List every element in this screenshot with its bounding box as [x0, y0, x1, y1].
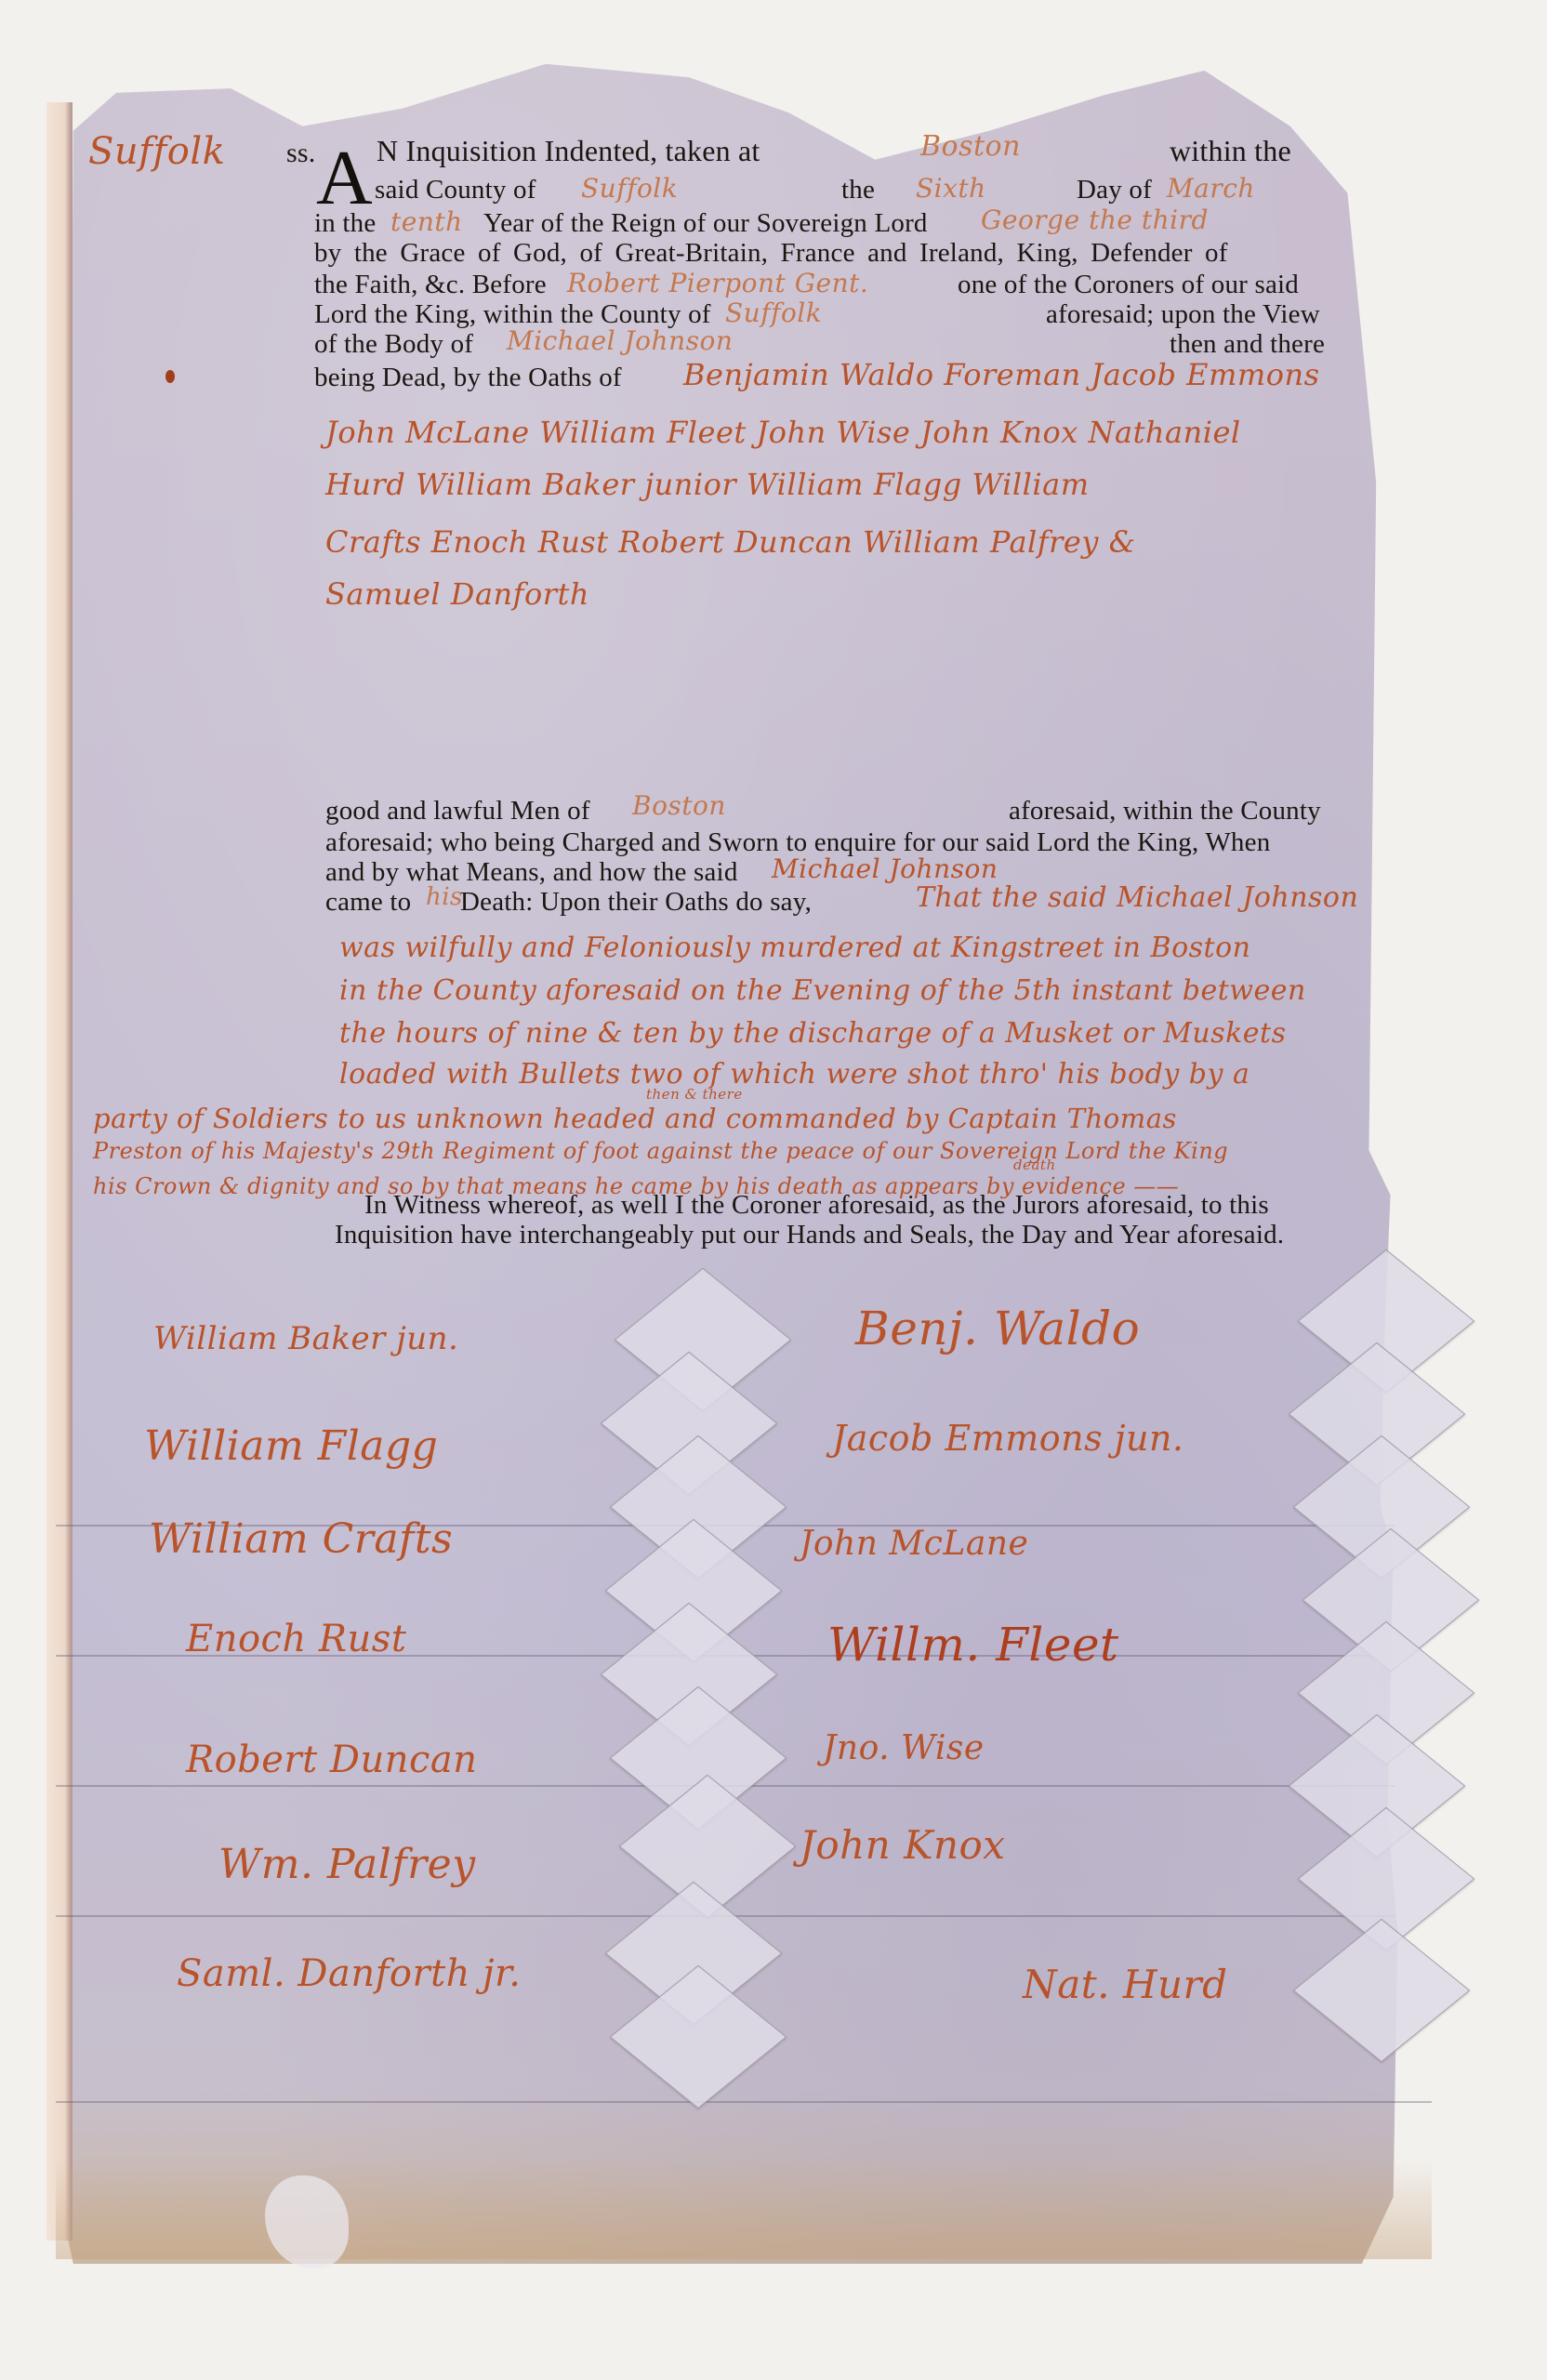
- verdict-interlineation-2: death: [1013, 1157, 1056, 1173]
- verdict-interlineation-1: then & there: [646, 1086, 743, 1103]
- ss-mark: ss.: [286, 139, 315, 166]
- line-5a: the Faith, &c. Before: [314, 271, 547, 298]
- signature-left-6: Wm. Palfrey: [218, 1841, 476, 1888]
- filled-month: March: [1167, 173, 1255, 204]
- witness-line-2: Inquisition have interchangeably put our…: [335, 1222, 1284, 1249]
- line-7a: of the Body of: [314, 331, 473, 358]
- signature-left-5: Robert Duncan: [186, 1739, 478, 1781]
- section2-deceased: Michael Johnson: [772, 853, 998, 884]
- section2-line-3: and by what Means, and how the said: [325, 859, 738, 886]
- signature-right-5: Jno. Wise: [823, 1729, 985, 1767]
- section2-line-2: aforesaid; who being Charged and Sworn t…: [325, 829, 1270, 856]
- filled-county-2: Suffolk: [725, 297, 822, 328]
- line-8: being Dead, by the Oaths of: [314, 364, 622, 391]
- signature-right-3: John McLane: [800, 1525, 1028, 1563]
- verdict-line-6: party of Soldiers to us unknown headed a…: [93, 1103, 1177, 1134]
- line-1a: N Inquisition Indented, taken at: [377, 138, 760, 165]
- drop-cap: A: [316, 139, 373, 218]
- line-2a: said County of: [375, 177, 536, 204]
- signature-right-7: Nat. Hurd: [1023, 1962, 1228, 2007]
- section2-line-4a: came to: [325, 889, 411, 916]
- jurors-line-1: Benjamin Waldo Foreman Jacob Emmons: [683, 357, 1320, 392]
- signature-right-4: Willm. Fleet: [827, 1618, 1119, 1672]
- signature-right-2: Jacob Emmons jun.: [832, 1418, 1184, 1459]
- filled-year: tenth: [390, 206, 463, 237]
- line-3b: Year of the Reign of our Sovereign Lord: [483, 210, 928, 237]
- signature-left-7: Saml. Danforth jr.: [177, 1952, 521, 1995]
- verdict-line-7: Preston of his Majesty's 29th Regiment o…: [93, 1138, 1228, 1164]
- section2-pronoun: his: [426, 883, 463, 911]
- line-5b: one of the Coroners of our said: [958, 271, 1299, 298]
- filled-day: Sixth: [916, 173, 986, 204]
- signature-left-4: Enoch Rust: [186, 1618, 406, 1660]
- line-7b: then and there: [1170, 331, 1325, 358]
- line-3a: in the: [314, 210, 376, 237]
- section2-town: Boston: [632, 790, 726, 821]
- signature-left-3: William Crafts: [149, 1515, 453, 1563]
- verdict-line-2: was wilfully and Feloniously murdered at…: [339, 932, 1250, 964]
- jurors-line-5: Samuel Danforth: [325, 576, 589, 612]
- jurors-line-4: Crafts Enoch Rust Robert Duncan William …: [325, 524, 1136, 560]
- verdict-line-4: the hours of nine & ten by the discharge…: [339, 1017, 1287, 1050]
- line-1b: within the: [1170, 138, 1291, 165]
- section2-line-1a: good and lawful Men of: [325, 798, 590, 825]
- witness-line-1: In Witness whereof, as well I the Corone…: [364, 1192, 1269, 1219]
- line-2b: the: [841, 177, 875, 204]
- binding-strip: [46, 102, 73, 2241]
- ink-blot: [165, 370, 175, 383]
- filled-coroner: Robert Pierpont Gent.: [567, 268, 868, 298]
- signature-right-6: John Knox: [800, 1822, 1005, 1868]
- line-6b: aforesaid; upon the View: [1046, 301, 1320, 328]
- line-6a: Lord the King, within the County of: [314, 301, 711, 328]
- filled-county: Suffolk: [581, 173, 678, 204]
- verdict-line-3: in the County aforesaid on the Evening o…: [339, 974, 1306, 1007]
- verdict-line-5: loaded with Bullets two of which were sh…: [339, 1058, 1249, 1091]
- ruled-line: [56, 2101, 1432, 2103]
- verdict-line-1: That the said Michael Johnson: [916, 881, 1358, 914]
- signature-right-1: Benj. Waldo: [855, 1302, 1140, 1355]
- signature-left-1: William Baker jun.: [153, 1320, 458, 1357]
- jurors-line-3: Hurd William Baker junior William Flagg …: [325, 467, 1090, 502]
- line-4: by the Grace of God, of Great-Britain, F…: [314, 240, 1228, 267]
- margin-county: Suffolk: [88, 130, 225, 173]
- filled-place: Boston: [920, 130, 1021, 163]
- section2-line-4b: Death: Upon their Oaths do say,: [460, 889, 812, 916]
- jurors-line-2: John McLane William Fleet John Wise John…: [325, 415, 1241, 450]
- filled-sovereign: George the third: [981, 205, 1209, 235]
- signature-left-2: William Flagg: [144, 1422, 438, 1470]
- line-2c: Day of: [1077, 177, 1152, 204]
- filled-deceased: Michael Johnson: [507, 325, 733, 356]
- section2-line-1b: aforesaid, within the County: [1009, 798, 1321, 825]
